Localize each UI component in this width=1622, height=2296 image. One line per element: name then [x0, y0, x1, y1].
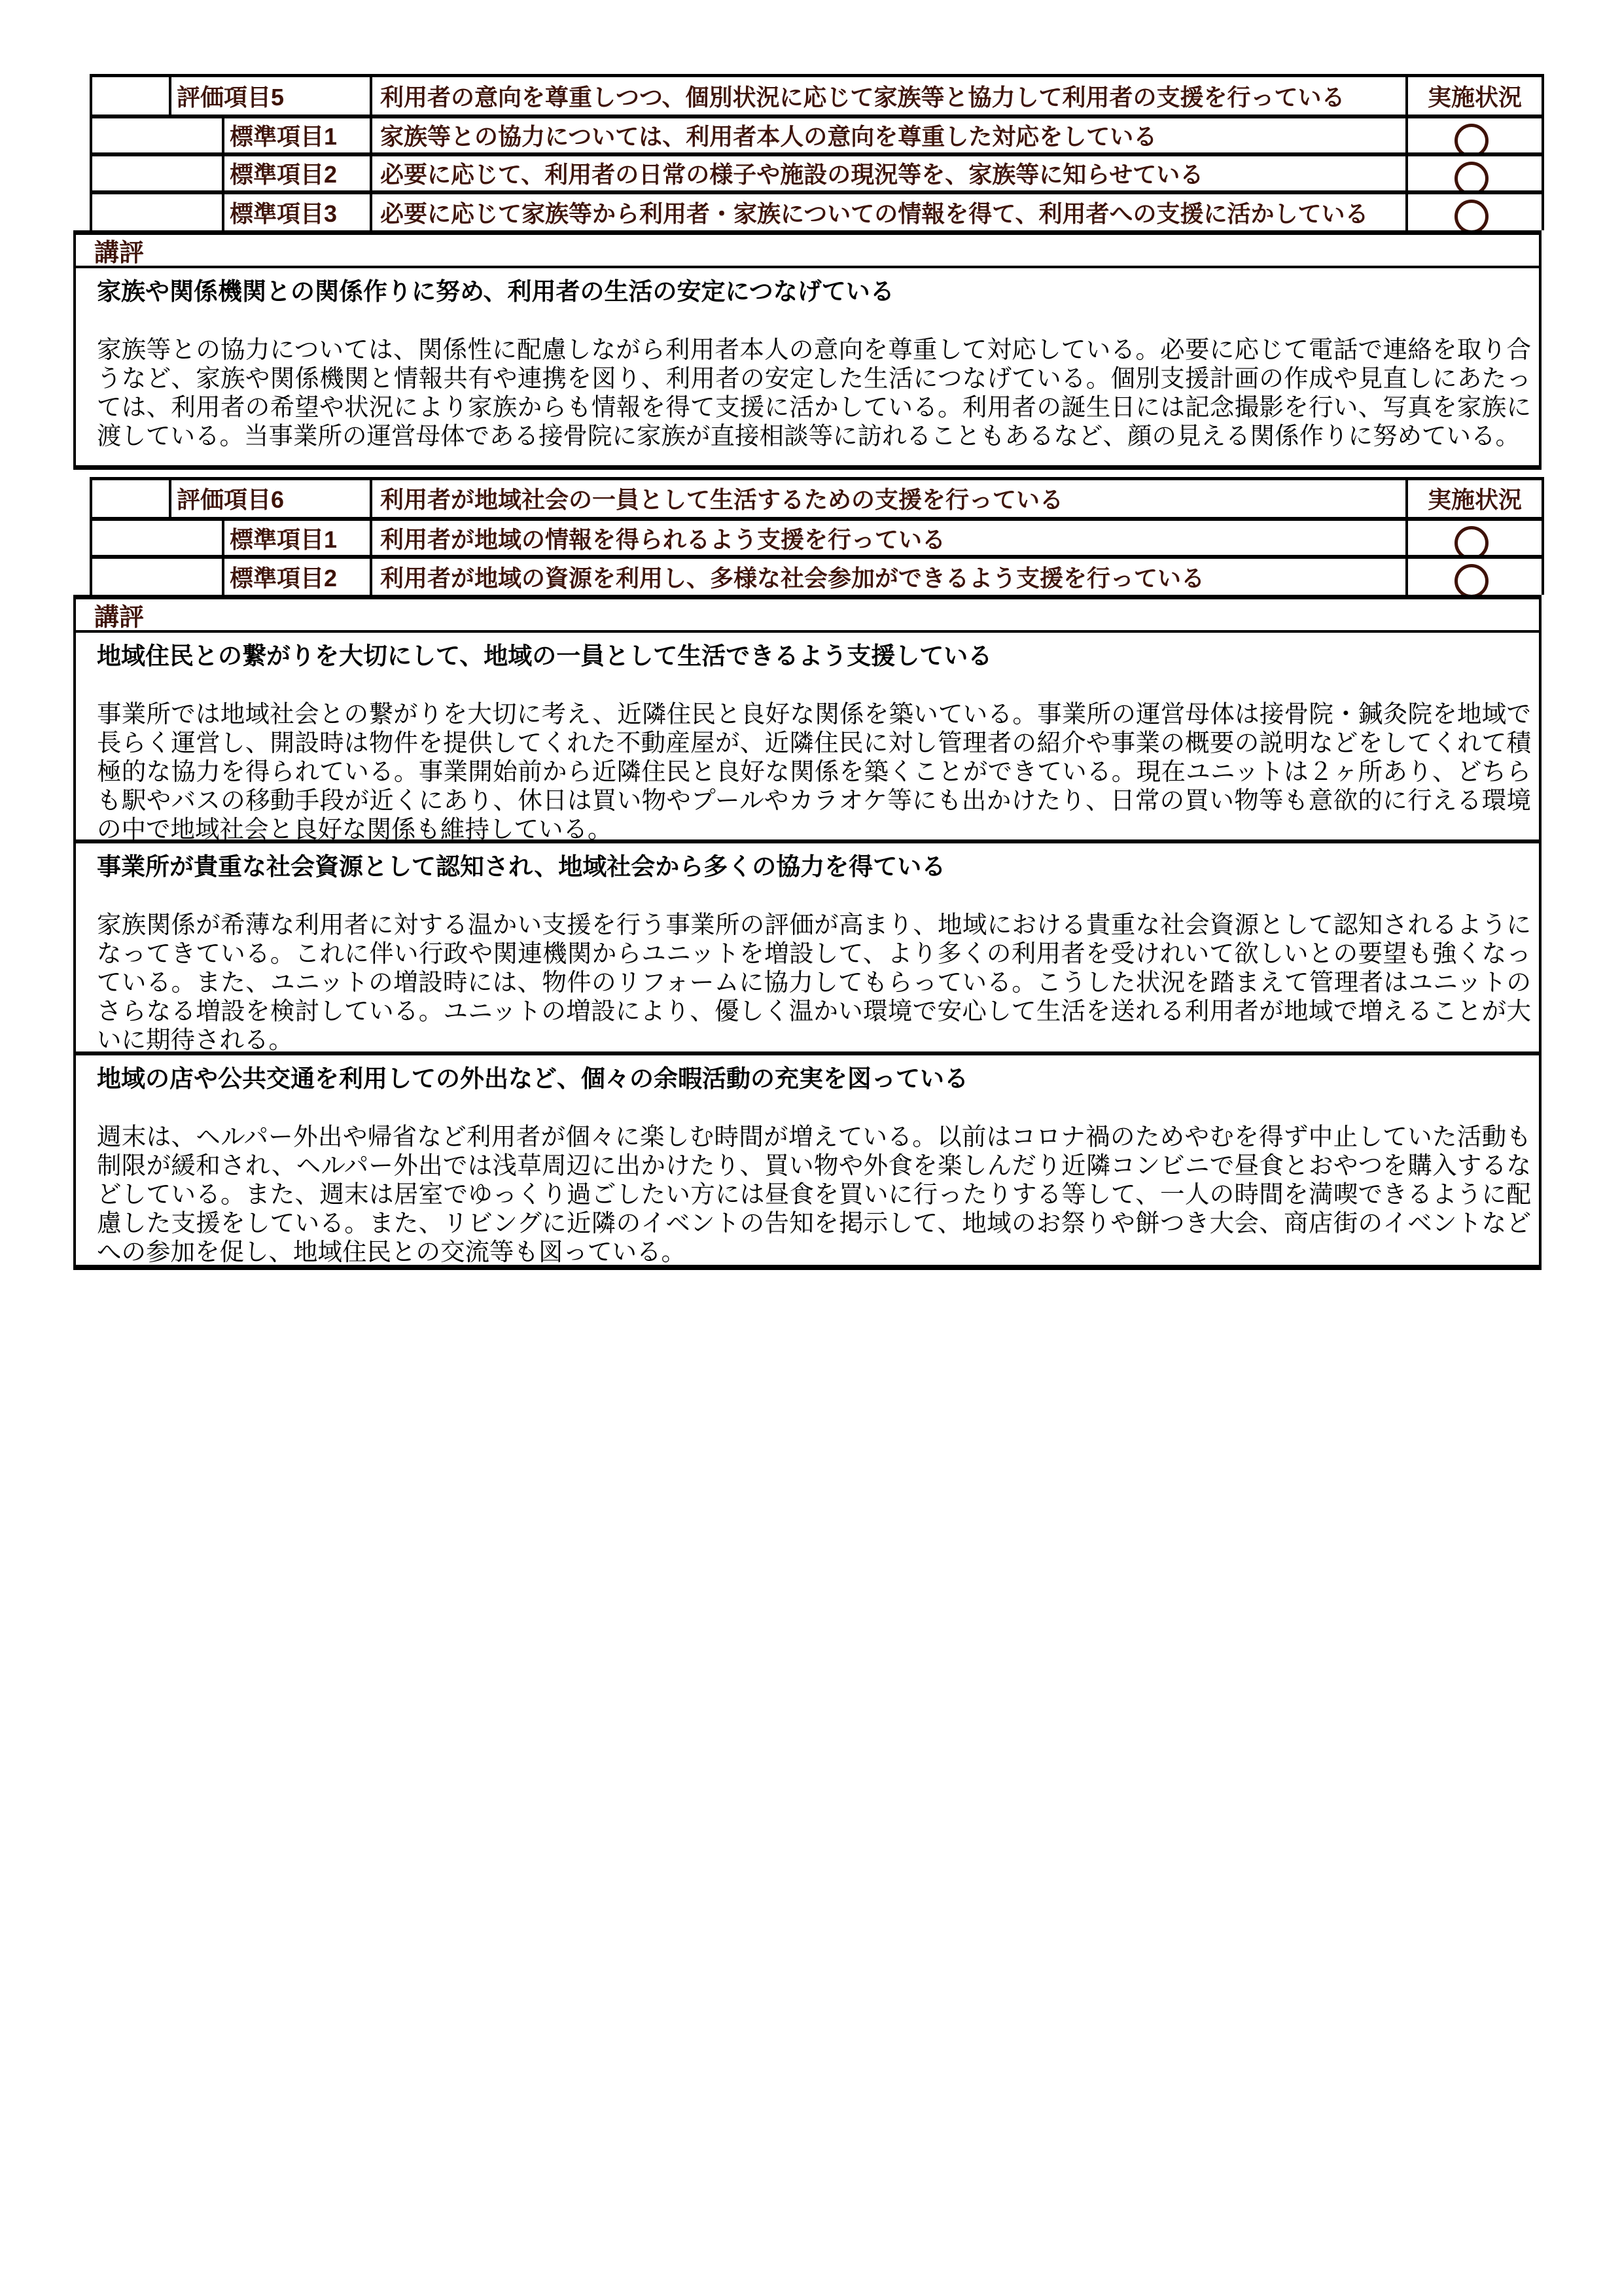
status-cell — [1407, 192, 1543, 230]
status-circle-icon — [1455, 526, 1489, 557]
status-circle-icon — [1455, 124, 1489, 154]
comment-title: 家族や関係機関との関係作りに努め、利用者の生活の安定につなげている — [97, 277, 1532, 306]
eval-item-label: 評価項目5 — [170, 76, 371, 116]
standard-item-label: 標準項目2 — [223, 557, 371, 595]
status-cell — [1407, 519, 1543, 557]
comment-box: 家族や関係機関との関係作りに努め、利用者の生活の安定につなげている 家族等との協… — [73, 268, 1542, 470]
standard-item-description: 利用者が地域の資源を利用し、多様な社会参加ができるよう支援を行っている — [371, 557, 1407, 595]
standard-item-row: 標準項目1 利用者が地域の情報を得られるよう支援を行っている — [91, 519, 1543, 557]
standard-item-row: 標準項目2 必要に応じて、利用者の日常の様子や施設の現況等を、家族等に知らせてい… — [91, 154, 1543, 192]
kouhyou-label-row: 講評 — [73, 595, 1542, 633]
comment-body: 事業所では地域社会との繋がりを大切に考え、近隣住民と良好な関係を築いている。事業… — [97, 699, 1532, 843]
standard-item-label: 標準項目1 — [223, 116, 371, 154]
standard-item-description: 利用者が地域の情報を得られるよう支援を行っている — [371, 519, 1407, 557]
standard-item-row: 標準項目2 利用者が地域の資源を利用し、多様な社会参加ができるよう支援を行ってい… — [91, 557, 1543, 595]
eval-item-5-table: 評価項目5 利用者の意向を尊重しつつ、個別状況に応じて家族等と協力して利用者の支… — [90, 74, 1544, 230]
standard-item-description: 必要に応じて家族等から利用者・家族についての情報を得て、利用者への支援に活かして… — [371, 192, 1407, 230]
comment-title: 事業所が貴重な社会資源として認知され、地域社会から多くの協力を得ている — [97, 853, 1532, 881]
standard-item-row: 標準項目3 必要に応じて家族等から利用者・家族についての情報を得て、利用者への支… — [91, 192, 1543, 230]
comment-title: 地域住民との繋がりを大切にして、地域の一員として生活できるよう支援している — [97, 642, 1532, 671]
eval-item-5-header-row: 評価項目5 利用者の意向を尊重しつつ、個別状況に応じて家族等と協力して利用者の支… — [91, 76, 1543, 116]
indent-cell — [91, 76, 170, 116]
comment-box: 地域の店や公共交通を利用しての外出など、個々の余暇活動の充実を図っている 週末は… — [73, 1055, 1542, 1270]
status-cell — [1407, 557, 1543, 595]
status-column-header: 実施状況 — [1407, 478, 1543, 519]
section-gap — [73, 470, 1542, 477]
eval-item-description: 利用者の意向を尊重しつつ、個別状況に応じて家族等と協力して利用者の支援を行ってい… — [371, 76, 1407, 116]
comment-box: 地域住民との繋がりを大切にして、地域の一員として生活できるよう支援している 事業… — [73, 633, 1542, 843]
status-cell — [1407, 116, 1543, 154]
indent-cell — [91, 478, 170, 519]
comment-body: 週末は、ヘルパー外出や帰省など利用者が個々に楽しむ時間が増えている。以前はコロナ… — [97, 1122, 1532, 1266]
indent-cell — [91, 192, 223, 230]
kouhyou-label: 講評 — [94, 232, 144, 268]
status-column-header: 実施状況 — [1407, 76, 1543, 116]
indent-cell — [91, 116, 223, 154]
standard-item-description: 家族等との協力については、利用者本人の意向を尊重した対応をしている — [371, 116, 1407, 154]
standard-item-label: 標準項目2 — [223, 154, 371, 192]
evaluation-report-page: 評価項目5 利用者の意向を尊重しつつ、個別状況に応じて家族等と協力して利用者の支… — [0, 0, 1622, 2296]
standard-item-label: 標準項目3 — [223, 192, 371, 230]
status-circle-icon — [1455, 200, 1489, 230]
comment-body: 家族等との協力については、関係性に配慮しながら利用者本人の意向を尊重して対応して… — [97, 335, 1532, 450]
comment-body: 家族関係が希薄な利用者に対する温かい支援を行う事業所の評価が高まり、地域における… — [97, 910, 1532, 1054]
eval-item-6-table: 評価項目6 利用者が地域社会の一員として生活するための支援を行っている 実施状況… — [90, 477, 1544, 595]
eval-item-label: 評価項目6 — [170, 478, 371, 519]
eval-item-6-header-row: 評価項目6 利用者が地域社会の一員として生活するための支援を行っている 実施状況 — [91, 478, 1543, 519]
status-circle-icon — [1455, 564, 1489, 595]
kouhyou-label-row: 講評 — [73, 230, 1542, 268]
status-cell — [1407, 154, 1543, 192]
standard-item-row: 標準項目1 家族等との協力については、利用者本人の意向を尊重した対応をしている — [91, 116, 1543, 154]
comment-box: 事業所が貴重な社会資源として認知され、地域社会から多くの協力を得ている 家族関係… — [73, 843, 1542, 1055]
indent-cell — [91, 519, 223, 557]
document-body: 評価項目5 利用者の意向を尊重しつつ、個別状況に応じて家族等と協力して利用者の支… — [73, 74, 1542, 1270]
indent-cell — [91, 557, 223, 595]
comment-title: 地域の店や公共交通を利用しての外出など、個々の余暇活動の充実を図っている — [97, 1065, 1532, 1093]
kouhyou-label: 講評 — [94, 597, 144, 633]
status-circle-icon — [1455, 162, 1489, 192]
indent-cell — [91, 154, 223, 192]
standard-item-label: 標準項目1 — [223, 519, 371, 557]
eval-item-description: 利用者が地域社会の一員として生活するための支援を行っている — [371, 478, 1407, 519]
standard-item-description: 必要に応じて、利用者の日常の様子や施設の現況等を、家族等に知らせている — [371, 154, 1407, 192]
